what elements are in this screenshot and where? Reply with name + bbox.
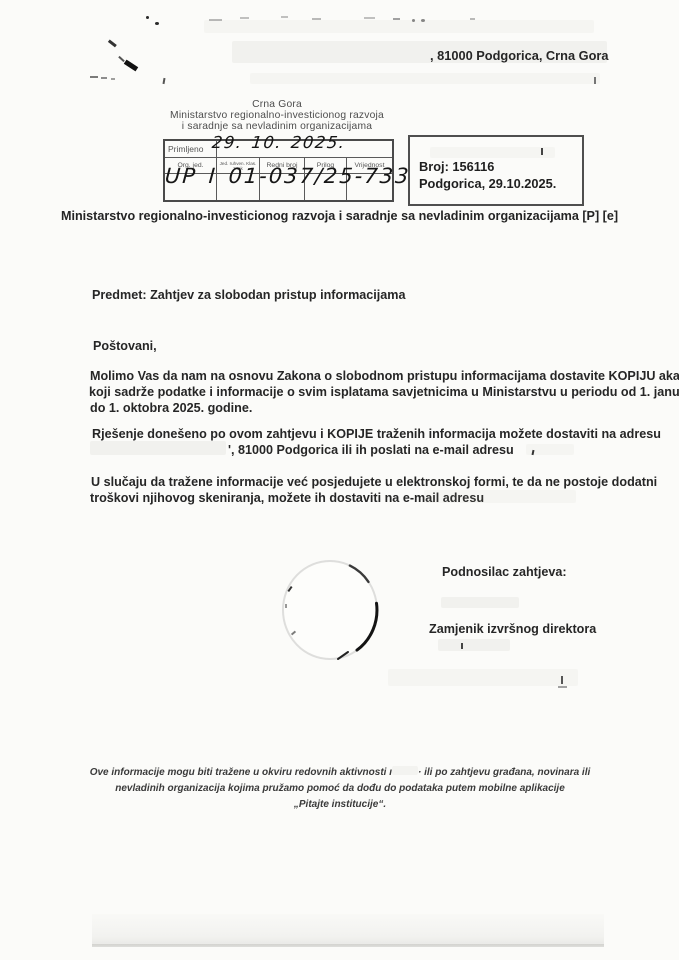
bottom-scan-line	[92, 944, 604, 947]
scan-dash	[209, 19, 222, 21]
scan-dash	[240, 17, 249, 19]
round-stamp-graphic	[281, 558, 381, 664]
body-p1-line3: do 1. oktobra 2025. godine.	[90, 401, 252, 415]
scan-dash	[470, 18, 475, 20]
scan-mark	[541, 148, 543, 155]
redaction-email-2	[424, 490, 576, 503]
scan-dash	[364, 17, 375, 19]
footer-line1: Ove informacije mogu biti tražene u okvi…	[55, 765, 625, 781]
scan-mark	[108, 39, 117, 47]
received-label: Primljeno	[165, 141, 217, 157]
scan-dash	[412, 19, 415, 22]
scan-mark	[90, 76, 98, 78]
applicant-label: Podnosilac zahtjeva:	[442, 565, 567, 579]
scan-dash	[312, 18, 321, 20]
redaction-address	[90, 441, 226, 455]
scan-mark	[146, 16, 149, 19]
stamp-ministry-line1: Ministarstvo regionalno-investicionog ra…	[127, 110, 427, 121]
scan-mark	[561, 676, 563, 684]
scan-mark	[155, 22, 159, 25]
redaction-under-applicant	[441, 597, 519, 608]
body-p1-line2: koji sadrže podatke i informacije o svim…	[89, 385, 679, 399]
redaction-band-lower	[388, 669, 578, 686]
scan-mark	[101, 77, 107, 79]
stamp-ministry-line2: i saradnje sa nevladinim organizacijama	[127, 121, 427, 132]
number-box: Broj: 156116 Podgorica, 29.10.2025.	[408, 135, 584, 206]
footer-line2: nevladinih organizacija kojima pružamo p…	[55, 781, 625, 797]
body-p2-line2: ', 81000 Podgorica ili ih poslati na e-m…	[228, 443, 514, 457]
scan-mark	[285, 604, 287, 608]
redaction-in-number-box	[430, 147, 555, 158]
scan-mark	[162, 78, 165, 84]
stamp-country: Crna Gora	[127, 99, 427, 110]
redaction-signer-name	[438, 639, 510, 651]
footer-redaction-gap	[392, 766, 418, 775]
handwritten-received-date: 29. 10. 2025.	[211, 133, 347, 152]
round-stamp	[281, 558, 381, 669]
bottom-scan-band	[92, 914, 604, 946]
subject-line: Predmet: Zahtjev za slobodan pristup inf…	[92, 288, 406, 302]
number-box-broj: Broj: 156116	[419, 159, 494, 174]
footer-line1a: Ove informacije mogu biti tražene u okvi…	[90, 765, 392, 781]
recipient-line: Ministarstvo regionalno-investicionog ra…	[0, 209, 679, 223]
scan-mark	[461, 643, 463, 649]
salutation: Poštovani,	[93, 339, 157, 353]
footer-note: Ove informacije mogu biti tražene u okvi…	[55, 765, 625, 813]
scan-dash	[281, 16, 288, 18]
footer-line3: „Pitajte institucije“.	[55, 797, 625, 813]
scan-mark	[124, 60, 138, 72]
scan-mark	[594, 77, 596, 84]
body-p2-line1: Rješenje donešeno po ovom zahtjevu i KOP…	[92, 427, 661, 441]
handwritten-case-number: UP I 01-037/25-733	[164, 164, 411, 188]
scanned-letter-page: , 81000 Podgorica, Crna Gora Crna Gora M…	[0, 0, 679, 960]
signer-title: Zamjenik izvršnog direktora	[429, 622, 596, 636]
scan-dash	[393, 18, 400, 20]
body-p3-line1: U slučaju da tražene informacije već pos…	[91, 475, 657, 489]
scan-dash	[421, 19, 425, 22]
footer-line1b: · ili po zahtjevu građana, novinara ili	[418, 765, 590, 781]
receipt-stamp-header: Crna Gora Ministarstvo regionalno-invest…	[127, 99, 427, 132]
redaction-band-under-address	[250, 73, 600, 84]
redaction-band-top	[204, 20, 594, 33]
scan-mark	[558, 686, 567, 688]
scan-mark	[118, 56, 125, 62]
number-box-place-date: Podgorica, 29.10.2025.	[419, 176, 556, 191]
header-address: , 81000 Podgorica, Crna Gora	[430, 48, 609, 63]
scan-mark	[111, 78, 115, 80]
body-p1-line1: Molimo Vas da nam na osnovu Zakona o slo…	[90, 369, 679, 383]
